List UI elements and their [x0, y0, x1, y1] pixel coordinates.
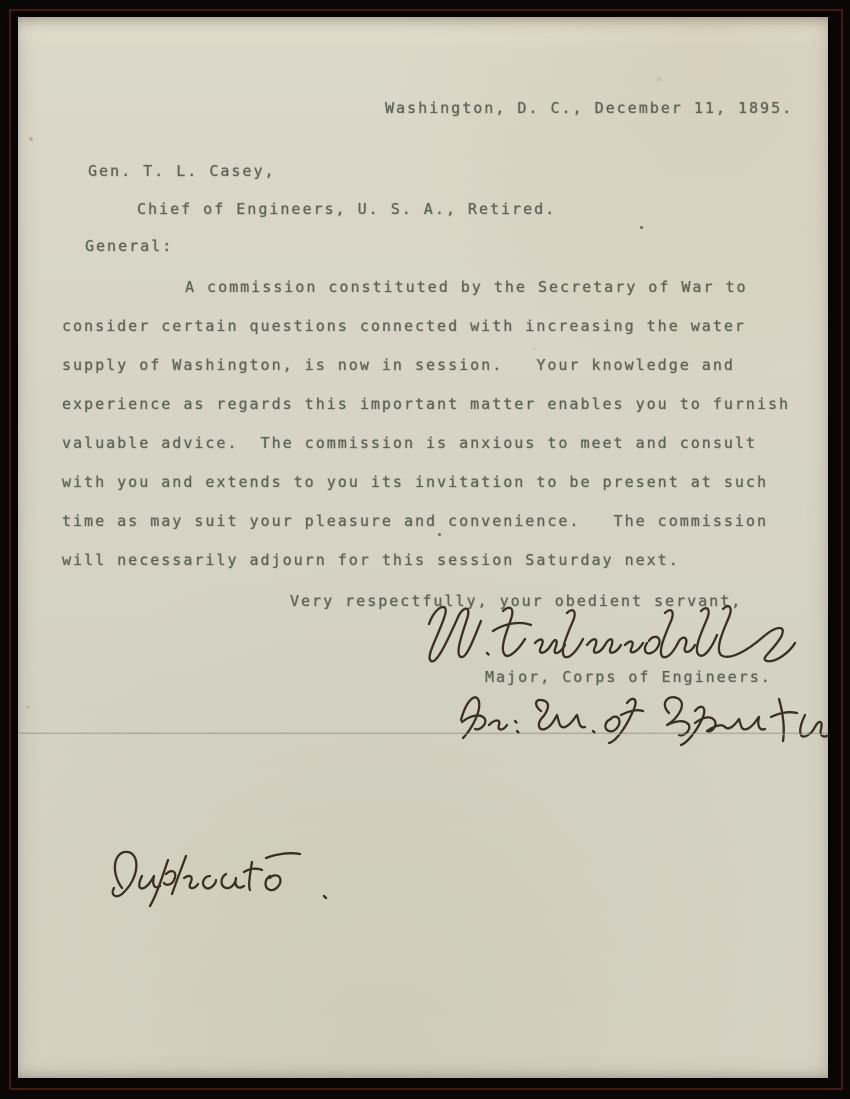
- body-line: A commission constituted by the Secretar…: [185, 277, 748, 297]
- letter-paper: Washington, D. C., December 11, 1895. Ge…: [18, 17, 828, 1078]
- ink-speck: [438, 533, 441, 536]
- body-line: time as may suit your pleasure and conve…: [62, 511, 768, 531]
- body-line: supply of Washington, is now in session.…: [62, 355, 735, 375]
- body-line: experience as regards this important mat…: [62, 394, 790, 414]
- duplicate-annotation: [96, 838, 352, 914]
- recipient-title: Chief of Engineers, U. S. A., Retired.: [137, 199, 556, 219]
- dateline: Washington, D. C., December 11, 1895.: [385, 98, 793, 118]
- salutation: General:: [85, 236, 173, 256]
- fold-crease: [18, 732, 828, 735]
- recipient-name: Gen. T. L. Casey,: [88, 161, 276, 181]
- body-line: will necessarily adjourn for this sessio…: [62, 550, 680, 570]
- body-line: valuable advice. The commission is anxio…: [62, 433, 757, 453]
- signature-handwriting: [415, 598, 799, 674]
- scanned-letter-photo: Washington, D. C., December 11, 1895. Ge…: [0, 0, 850, 1099]
- body-line: consider certain questions connected wit…: [62, 316, 746, 336]
- body-line: with you and extends to you its invitati…: [62, 472, 768, 492]
- handwritten-title: [445, 684, 828, 750]
- ink-speck: [640, 226, 643, 229]
